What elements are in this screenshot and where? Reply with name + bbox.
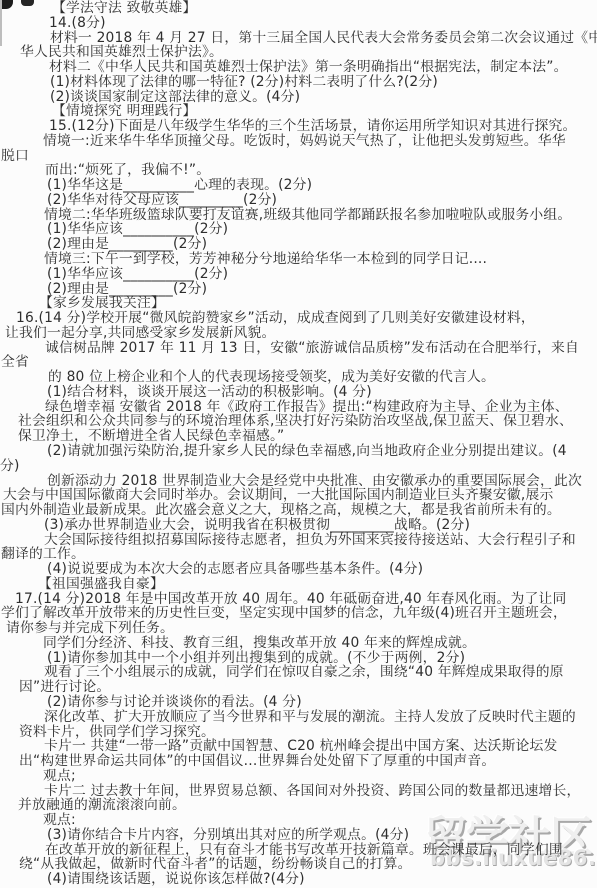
text-line: 华人民共和国英雄烈士保护法》。 — [0, 45, 597, 60]
text-line: 并放融通的潮流滚滚向前。 — [0, 798, 597, 813]
text-line: (1)结合材料，谈谈开展这一活动的积极影响。(4 分) — [0, 385, 597, 400]
text-line: (4)说说要成为本次大会的志愿者应具备哪些基本条件。(4分) — [0, 562, 597, 577]
text-line: 保卫净土，不断增进全省人民绿色幸福感。” — [0, 429, 597, 444]
text-line: 出“构建世界命运共同体”的中国倡议...世界舞台处处留下了厚重的中国声音。 — [0, 754, 597, 769]
text-line: 而出:“烦死了，我偏不!”。 — [0, 163, 597, 178]
text-line: 【家乡发展我关注】 — [0, 296, 597, 311]
text-line: 16.(14 分)学校开展“微风皖韵赞家乡”活动，成成查阅到了几则美好安徽建设材… — [0, 311, 597, 326]
text-line: 大会与中国国际徽商大会同时举办。会议期间，一大批国际国内制造业巨头齐聚安徽,展示 — [0, 488, 597, 503]
text-line: (1)华华应该__________(2分) — [0, 267, 597, 282]
text-line: 深化改革、扩大开放顺应了当今世界和平与发展的潮流。主持人发放了反映时代主题的 — [0, 710, 597, 725]
text-line: 绕“从我做起，做新时代奋斗者”的话题，纷纷畅谈自己的打算。 — [0, 857, 597, 872]
text-line: 社会组织和公众共同参与的环境治理体系,坚决打好污染防治攻坚战,保卫蓝天、保卫碧水… — [0, 414, 597, 429]
scan-artifact-blob — [21, 0, 34, 6]
text-line: 【情境探究 明理践行】 — [0, 104, 597, 119]
text-line: 14.(8分) — [0, 16, 597, 31]
exam-paper-page: 留学社区 bbs.liuxue86.com 【学法守法 致敬英雄】14.(8分)… — [0, 0, 597, 888]
text-line: 分) — [0, 459, 597, 474]
scan-edge-strip — [0, 0, 2, 46]
text-line: (2)请就加强污染防治,提升家乡人民的绿色幸福感,向当地政府企业分别提出建议。(… — [0, 444, 597, 459]
text-line: 观点: — [0, 813, 597, 828]
text-line: 学们了解改革开放带来的历史性巨变，坚定实现中国梦的信念，九年级(4)班召开主题班… — [0, 606, 597, 621]
text-line: 【祖国强盛我自豪】 — [0, 577, 597, 592]
document-lines: 【学法守法 致敬英雄】14.(8分)材料一 2018 年 4 月 27 日，第十… — [0, 1, 597, 887]
text-line: (2)理由是_________(2分) — [0, 237, 597, 252]
text-line: 观点; — [0, 769, 597, 784]
text-line: 情境三:下午一到学校，芳芳神秘分兮地递给华华一本检到的同学日记.... — [0, 252, 597, 267]
text-line: (3)请你结合卡片内容，分别填出其对应的所学观点。(4分) — [0, 828, 597, 843]
text-line: 请你参与并完成下列任务。 — [0, 621, 597, 636]
text-line: 因”进行讨论。 — [0, 680, 597, 695]
text-line: 观看了三个小组展示的成就，同学们在惊叹自豪之余，围绕“40 年辉煌成果取得的原 — [0, 665, 597, 680]
text-line: (2)华华对待父母应该_________(2分) — [0, 193, 597, 208]
text-line: 材料二《中华人民共和国英雄烈士保护法》第一条明确指出“根据宪法，制定本法”。 — [0, 60, 597, 75]
text-line: 翻译的工作。 — [0, 547, 597, 562]
text-line: 15.(12分)下面是八年级学生华华的三个生活场景，请你运用所学知识对其进行探究… — [0, 119, 597, 134]
text-line: 国内外制造业最新成果。此次盛会意义之大，现格之高，规模之大，都是我省前所未有的。 — [0, 503, 597, 518]
text-line: 情境一:近来华牛华华顶撞父母。吃饭时，妈妈说天气热了，让他把头发剪短些。华华 — [0, 134, 597, 149]
text-line: (1)华华应该__________(2分) — [0, 222, 597, 237]
text-line: 诚信树品牌 2017 年 11 月 13 日，安徽“旅游诚信品质榜”发布活动在合… — [0, 341, 597, 356]
text-line: 大会国际接待组拟招募国际接待志愿者，担负为外国来宾接待接送站、大会行程引子和 — [0, 533, 597, 548]
text-line: 全省 — [0, 355, 597, 370]
text-line: 让我们一起分享,共同感受家乡发展新风貌。 — [0, 326, 597, 341]
text-line: 卡片一 共建“一带一路”贡献中国智慧、C20 杭州峰会提出中国方案、达沃斯论坛发 — [0, 739, 597, 754]
text-line: (2)请你参与讨论并谈谈你的看法。(4 分) — [0, 695, 597, 710]
text-line: 【学法守法 致敬英雄】 — [0, 1, 597, 16]
text-line: (3)承办世界制造业大会，说明我省在积极贯彻_________战略。(2分) — [0, 518, 597, 533]
text-line: (1)华华这是__________心理的表现。(2分) — [0, 178, 597, 193]
text-line: (2)理由是_________(2分) — [0, 282, 597, 297]
text-line: (4)请围绕该话题，说说你该怎样做?(4分) — [0, 872, 597, 887]
text-line: 同学们分经济、科技、教育三组，搜集改革开放 40 年来的辉煌成就。 — [0, 636, 597, 651]
text-line: 的 80 位上榜企业和个人的代表现场接受领奖，成为美好安徽的代言人。 — [0, 370, 597, 385]
text-line: (1)材料体现了法律的哪一特征? (2分)村料二表明了什么?(2分) — [0, 75, 597, 90]
